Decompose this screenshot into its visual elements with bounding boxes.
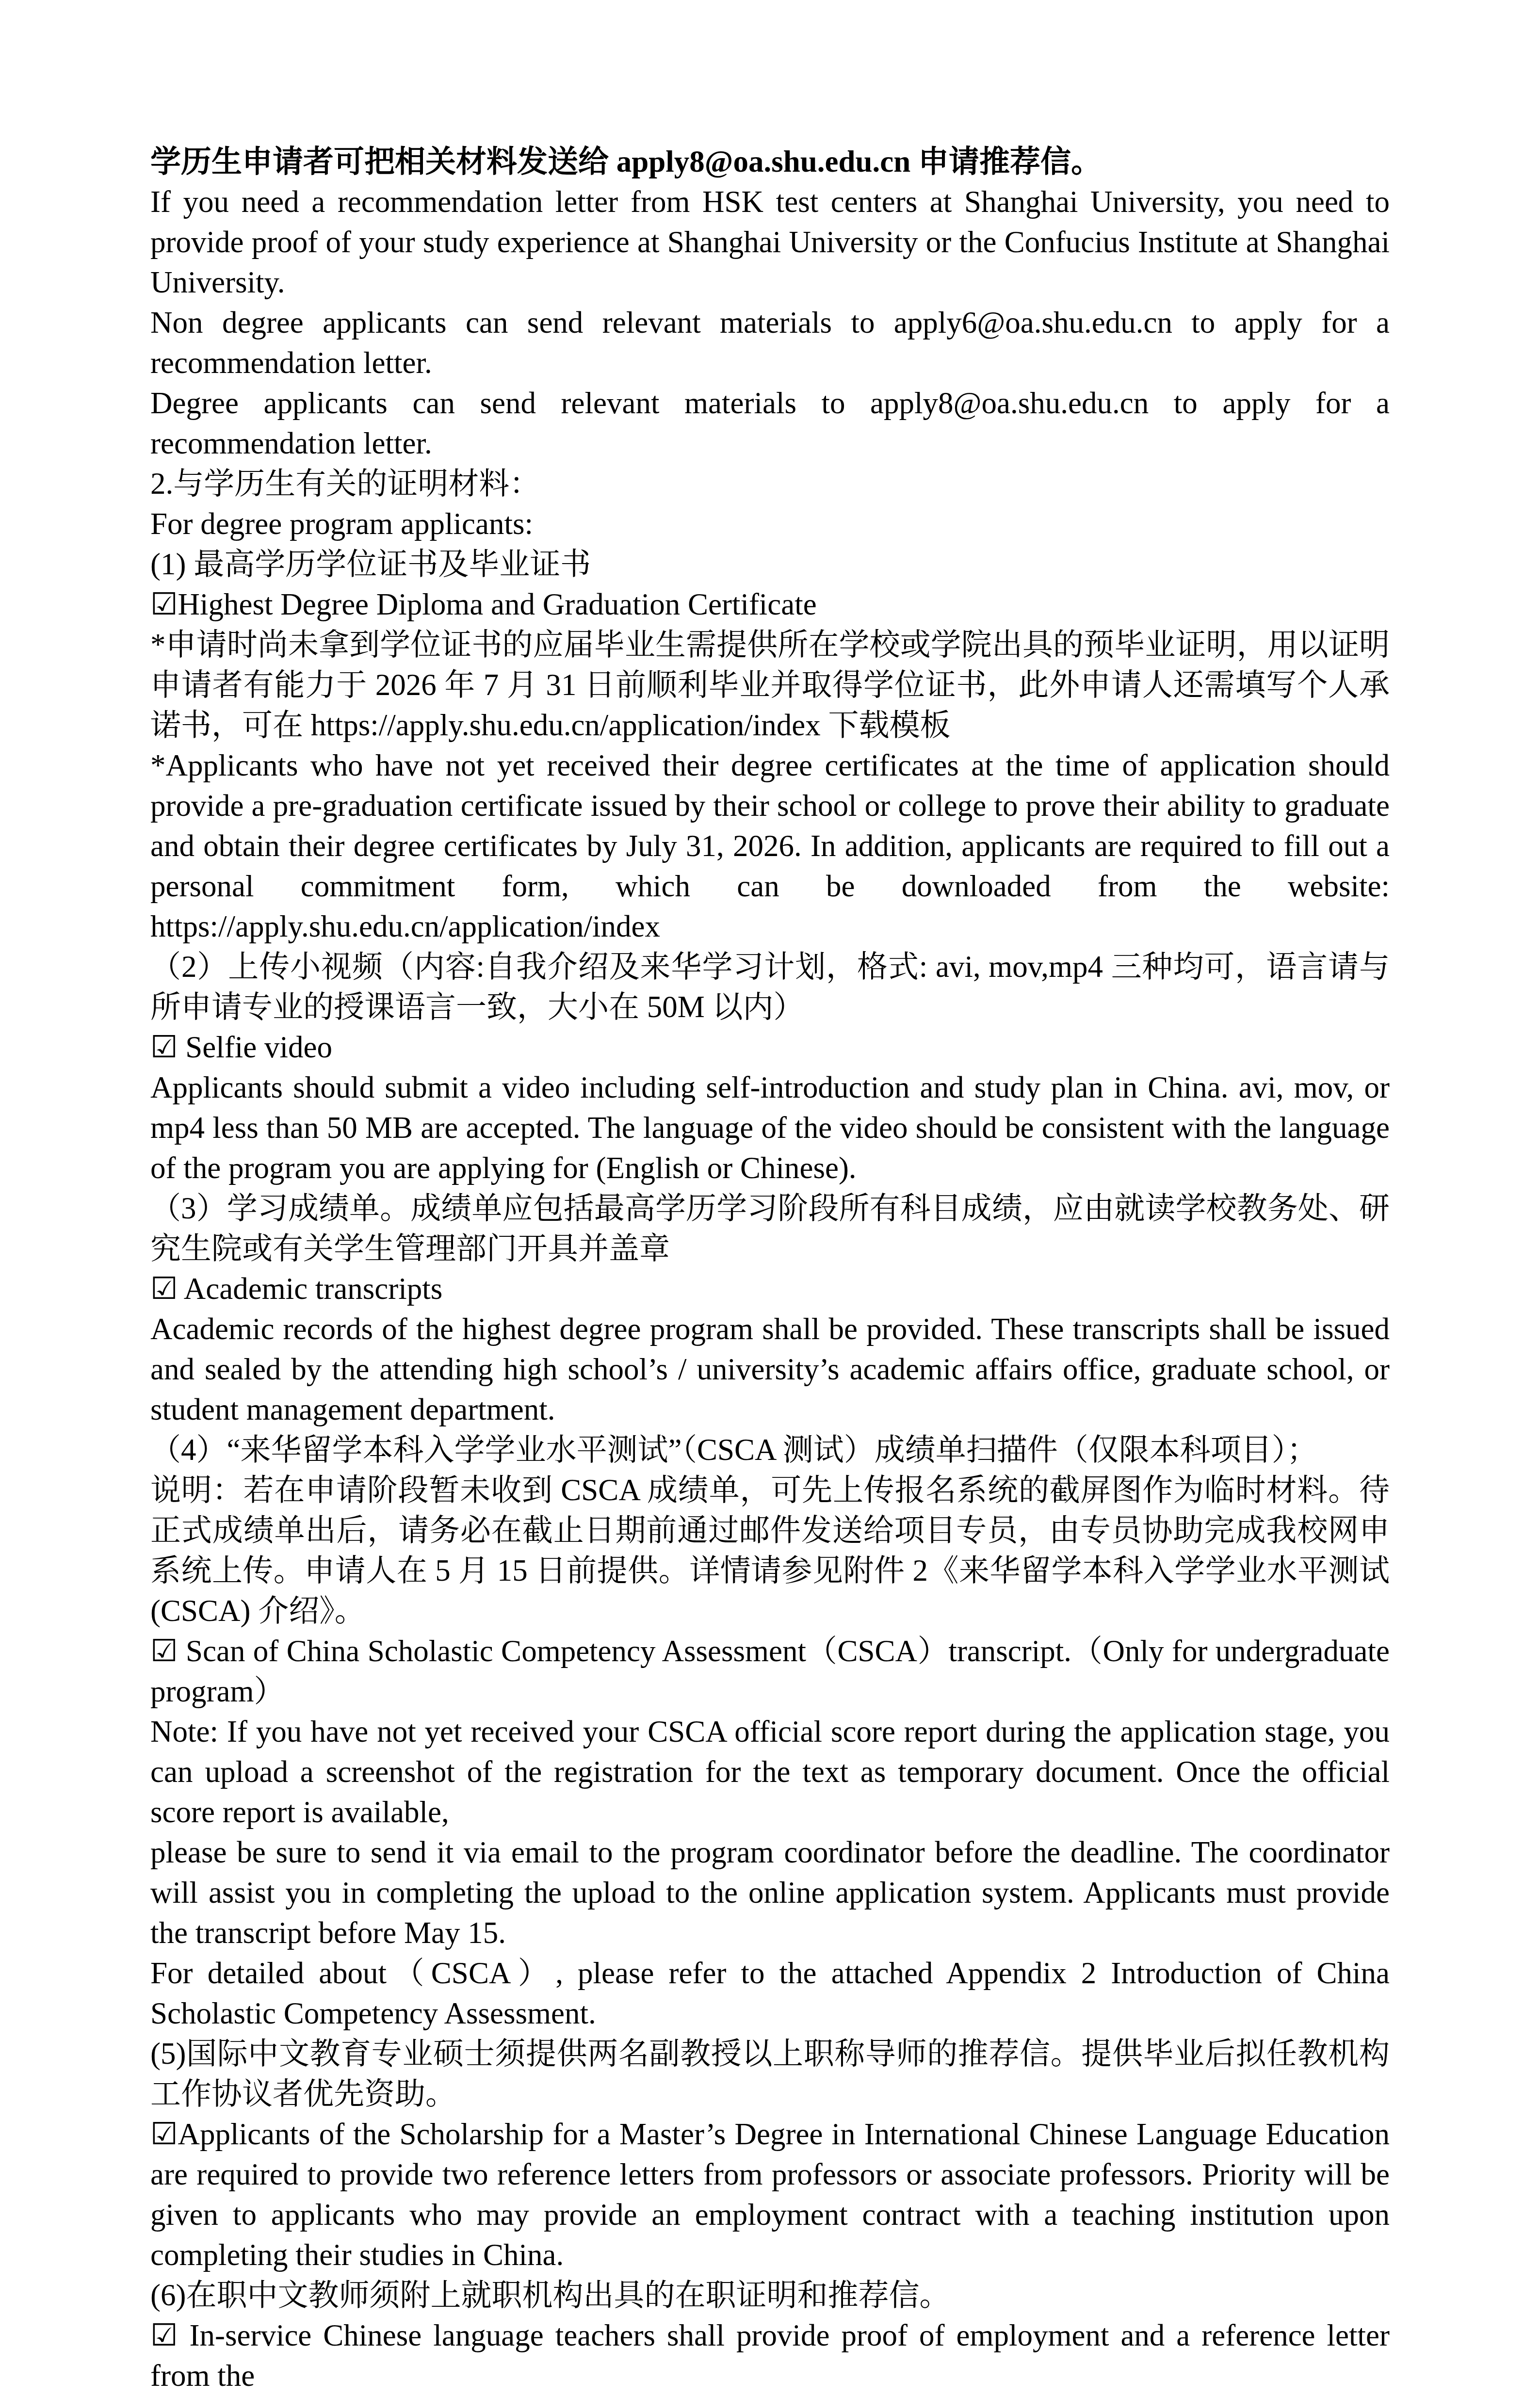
paragraph-item2-checkbox-en: ☑ Selfie video (150, 1027, 1390, 1068)
paragraph-item4-checkbox-en: ☑ Scan of China Scholastic Competency As… (150, 1631, 1390, 1712)
paragraph-for-degree-applicants: For degree program applicants: (150, 504, 1390, 544)
paragraph-section2-heading-cn: 2.与学历生有关的证明材料： (150, 464, 1390, 504)
paragraph-csca-note-en-3: For detailed about（CSCA）, please refer t… (150, 1953, 1390, 2034)
paragraph-transcripts-en: Academic records of the highest degree p… (150, 1309, 1390, 1430)
paragraph-pregraduation-note-cn: *申请时尚未拿到学位证书的应届毕业生需提供所在学校或学院出具的预毕业证明，用以证… (150, 625, 1390, 745)
paragraph-csca-note-cn: 说明：若在申请阶段暂未收到 CSCA 成绩单，可先上传报名系统的截屏图作为临时材… (150, 1470, 1390, 1631)
paragraph-item1-checkbox-en: ☑Highest Degree Diploma and Graduation C… (150, 584, 1390, 625)
paragraph-item5-cn: (5)国际中文教育专业硕士须提供两名副教授以上职称导师的推荐信。提供毕业后拟任教… (150, 2034, 1390, 2114)
paragraph-item6-cn: (6)在职中文教师须附上就职机构出具的在职证明和推荐信。 (150, 2275, 1390, 2315)
paragraph-item6-checkbox-en: ☑ In-service Chinese language teachers s… (150, 2315, 1390, 2396)
paragraph-selfie-video-en: Applicants should submit a video includi… (150, 1068, 1390, 1188)
paragraph-item5-checkbox-en: ☑Applicants of the Scholarship for a Mas… (150, 2114, 1390, 2275)
paragraph-item4-cn: （4）“来华留学本科入学学业水平测试”（CSCA 测试）成绩单扫描件（仅限本科项… (150, 1430, 1390, 1470)
paragraph-nondegree-email: Non degree applicants can send relevant … (150, 303, 1390, 383)
paragraph-item3-cn: （3）学习成绩单。成绩单应包括最高学历学习阶段所有科目成绩，应由就读学校教务处、… (150, 1188, 1390, 1269)
paragraph-item2-cn: （2）上传小视频（内容:自我介绍及来华学习计划，格式: avi, mov,mp4… (150, 947, 1390, 1027)
paragraph-email-note-cn: 学历生申请者可把相关材料发送给 apply8@oa.shu.edu.cn 申请推… (150, 142, 1390, 182)
paragraph-hsk-recommendation: If you need a recommendation letter from… (150, 182, 1390, 303)
paragraph-degree-email: Degree applicants can send relevant mate… (150, 383, 1390, 464)
paragraph-item3-checkbox-en: ☑ Academic transcripts (150, 1269, 1390, 1309)
paragraph-item1-cn: (1) 最高学历学位证书及毕业证书 (150, 544, 1390, 584)
document-page: 学历生申请者可把相关材料发送给 apply8@oa.shu.edu.cn 申请推… (150, 142, 1390, 2396)
paragraph-pregraduation-note-en: *Applicants who have not yet received th… (150, 745, 1390, 947)
paragraph-csca-note-en-1: Note: If you have not yet received your … (150, 1712, 1390, 1832)
paragraph-csca-note-en-2: please be sure to send it via email to t… (150, 1832, 1390, 1953)
